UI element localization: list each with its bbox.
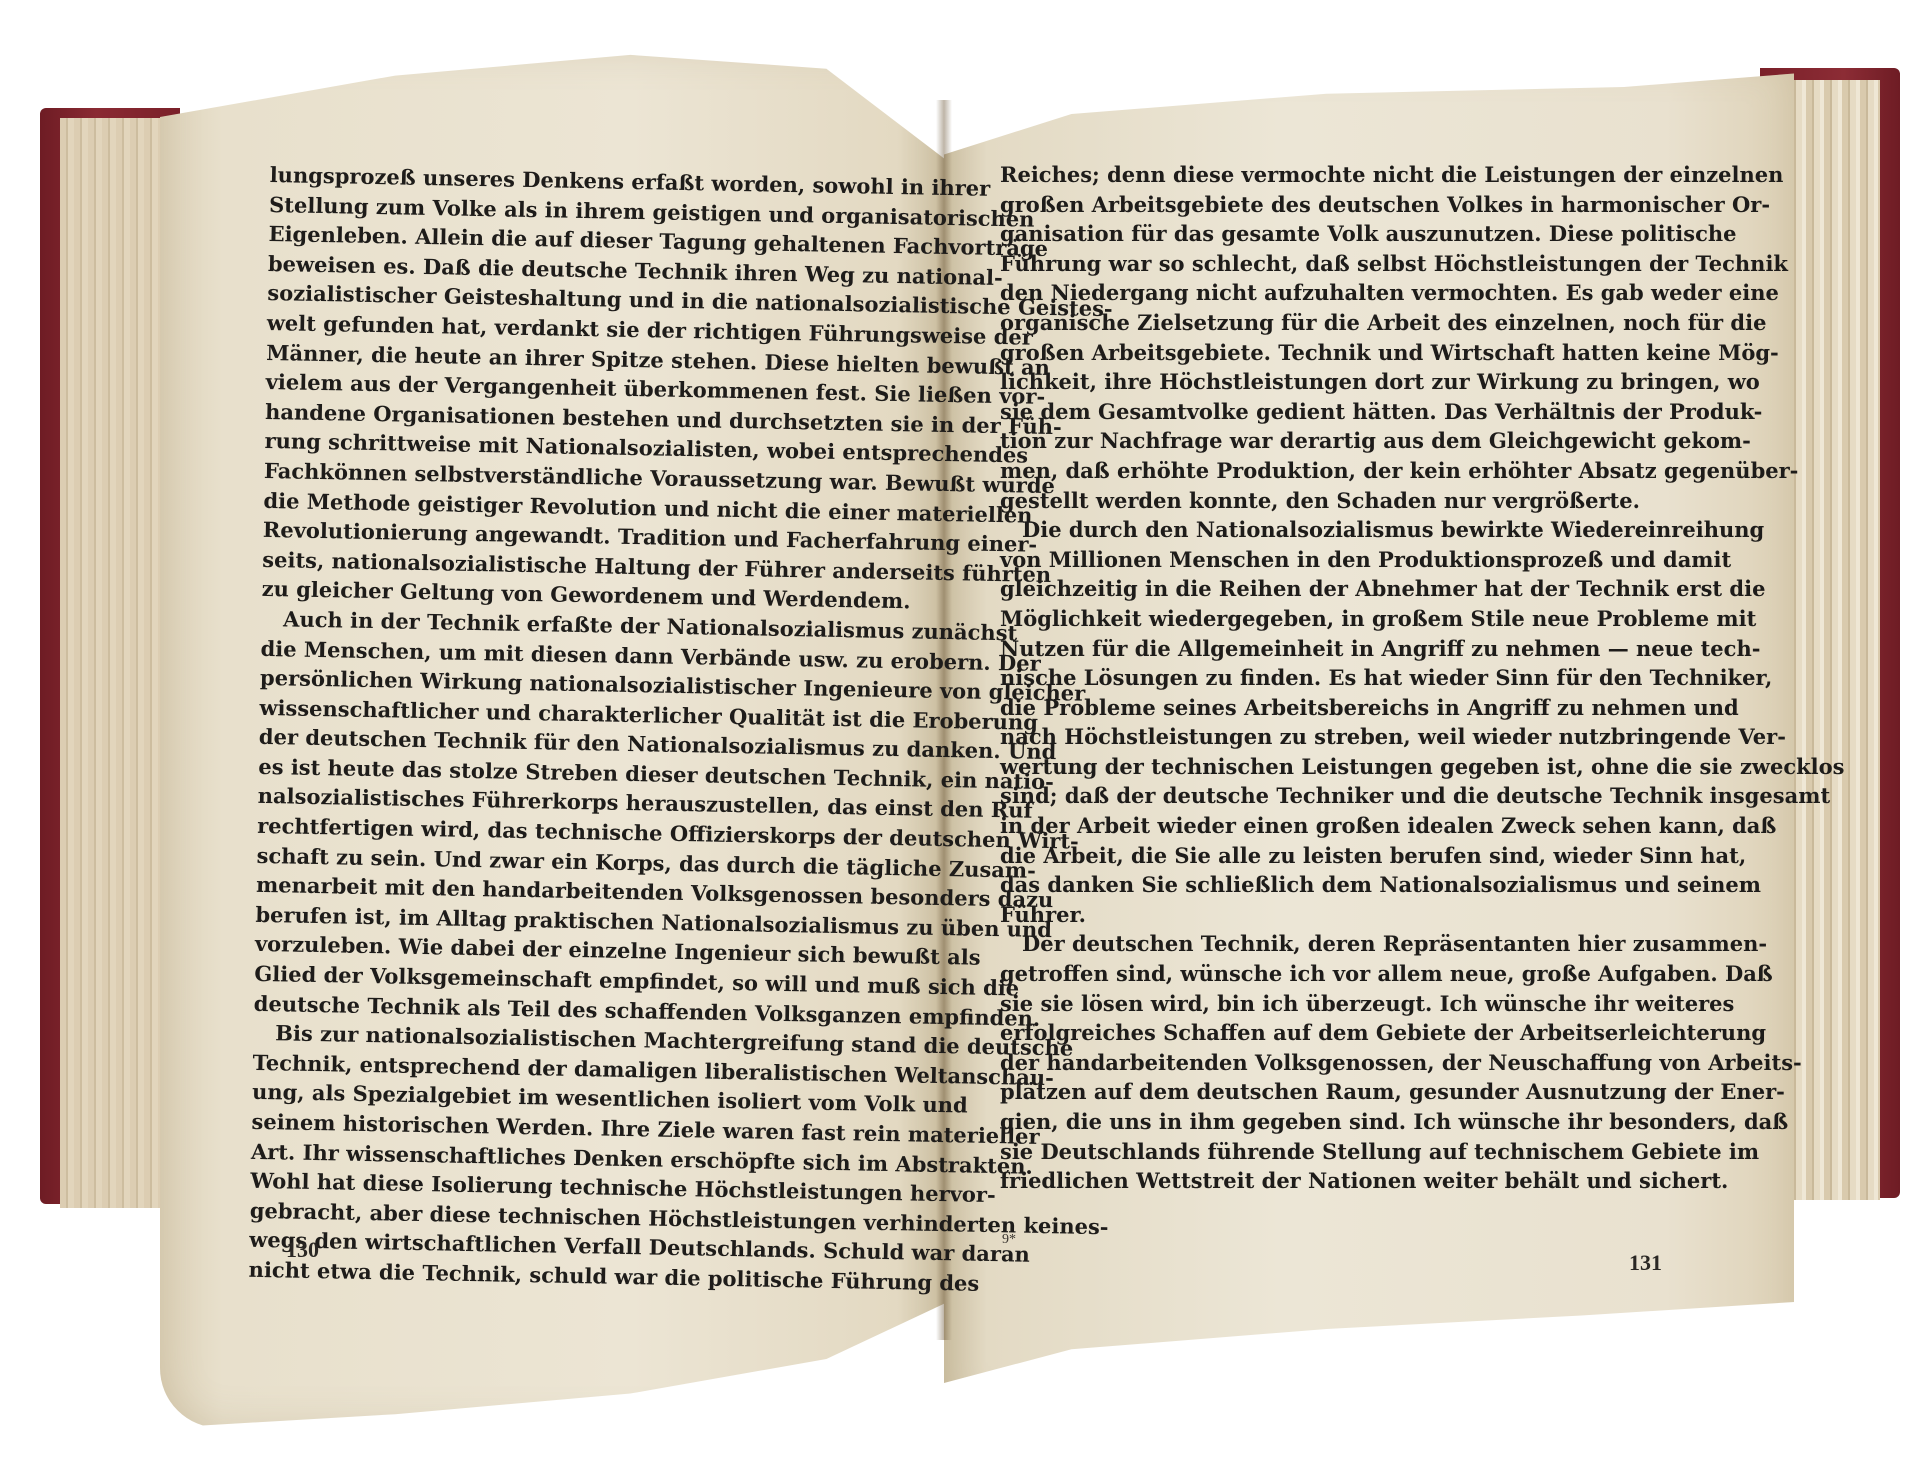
text-line: sind; daß der deutsche Techniker und die…	[1000, 781, 1665, 811]
text-line: von Millionen Menschen in den Produktion…	[1000, 545, 1665, 575]
text-line: sie Deutschlands führende Stellung auf t…	[1000, 1137, 1665, 1167]
text-line: plätzen auf dem deutschen Raum, gesunder…	[1000, 1077, 1665, 1107]
left-page-text: lungsprozeß unseres Denkens erfaßt worde…	[248, 160, 899, 1296]
text-line: Führer.	[1000, 900, 1665, 930]
text-line: die Arbeit, die Sie alle zu leisten beru…	[1000, 841, 1665, 871]
text-line: Nutzen für die Allgemeinheit in Angriff …	[1000, 634, 1665, 664]
text-line: das danken Sie schließlich dem Nationals…	[1000, 870, 1665, 900]
text-line: wertung der technischen Leistungen gegeb…	[1000, 752, 1665, 782]
text-line: gleichzeitig in die Reihen der Abnehmer …	[1000, 574, 1665, 604]
text-line: großen Arbeitsgebiete. Technik und Wirts…	[1000, 338, 1665, 368]
text-line: Die durch den Nationalsozialismus bewirk…	[1000, 515, 1665, 545]
text-line: ganisation für das gesamte Volk auszunut…	[1000, 219, 1665, 249]
text-line: sie sie lösen wird, bin ich überzeugt. I…	[1000, 989, 1665, 1019]
text-line: nach Höchstleistungen zu streben, weil w…	[1000, 722, 1665, 752]
text-line: Möglichkeit wiedergegeben, in großem Sti…	[1000, 604, 1665, 634]
text-line: den Niedergang nicht aufzuhalten vermoch…	[1000, 278, 1665, 308]
text-line: men, daß erhöhte Produktion, der kein er…	[1000, 456, 1665, 486]
text-line: in der Arbeit wieder einen großen ideale…	[1000, 811, 1665, 841]
page-number-left: 130	[286, 1237, 319, 1263]
text-line: erfolgreiches Schaffen auf dem Gebiete d…	[1000, 1018, 1665, 1048]
text-line: Der deutschen Technik, deren Repräsentan…	[1000, 929, 1665, 959]
text-line: gien, die uns in ihm gegeben sind. Ich w…	[1000, 1107, 1665, 1137]
text-line: großen Arbeitsgebiete des deutschen Volk…	[1000, 190, 1665, 220]
text-line: lichkeit, ihre Höchstleistungen dort zur…	[1000, 367, 1665, 397]
text-line: organische Zielsetzung für die Arbeit de…	[1000, 308, 1665, 338]
text-line: tion zur Nachfrage war derartig aus dem …	[1000, 426, 1665, 456]
page-number-right: 131	[1629, 1250, 1662, 1276]
text-line: sie dem Gesamtvolke gedient hätten. Das …	[1000, 397, 1665, 427]
printer-signature-mark: 9*	[1002, 1232, 1016, 1248]
text-line: friedlichen Wettstreit der Nationen weit…	[1000, 1166, 1665, 1196]
text-line: nische Lösungen zu finden. Es hat wieder…	[1000, 663, 1665, 693]
text-line: Reiches; denn diese vermochte nicht die …	[1000, 160, 1665, 190]
text-line: Führung war so schlecht, daß selbst Höch…	[1000, 249, 1665, 279]
text-line: der handarbeitenden Volksgenossen, der N…	[1000, 1048, 1665, 1078]
text-line: getroffen sind, wünsche ich vor allem ne…	[1000, 959, 1665, 989]
text-line: gestellt werden konnte, den Schaden nur …	[1000, 486, 1665, 516]
right-page-text: Reiches; denn diese vermochte nicht die …	[1000, 160, 1665, 1196]
open-book: lungsprozeß unseres Denkens erfaßt worde…	[0, 0, 1920, 1461]
text-line: die Probleme seines Arbeitsbereichs in A…	[1000, 693, 1665, 723]
